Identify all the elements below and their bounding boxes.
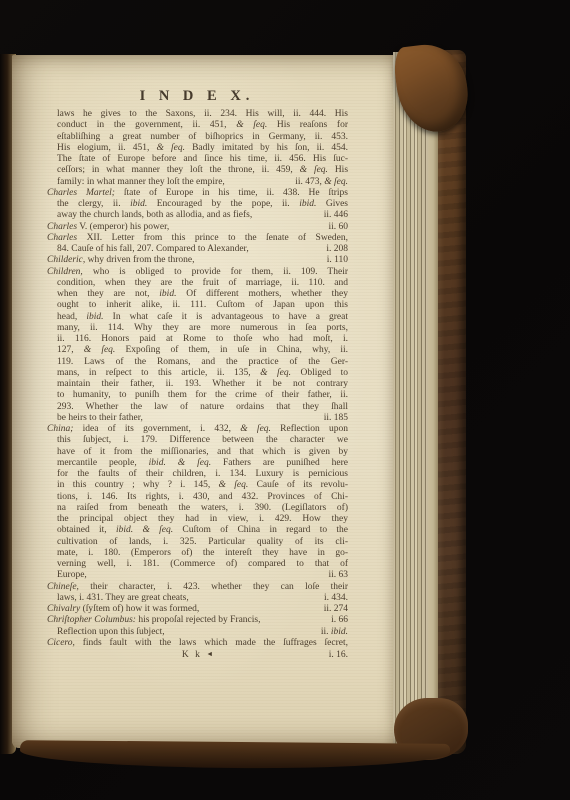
index-line-text: condition, when they are the fruit of ma… — [57, 278, 348, 288]
index-line: when they are not, ibid. Of different mo… — [47, 289, 348, 300]
index-line: ii. 116. Honors paid at Rome to thoſe wh… — [47, 334, 348, 345]
index-line-text: Europe, — [57, 570, 87, 581]
roman-text: ii. 446 — [324, 210, 348, 220]
roman-text: ii. 274 — [324, 604, 348, 614]
italic-text: & ſeq. — [300, 165, 328, 175]
roman-text: i. 208 — [326, 244, 348, 254]
index-line-text: Chriſtopher Columbus: his propoſal rejec… — [47, 615, 260, 626]
italic-text: ibid. — [331, 627, 348, 637]
roman-text: have of it from the miſſionaries, and th… — [57, 447, 348, 457]
printer-ornament-icon: ◄ — [206, 650, 213, 658]
book-cover-spine — [438, 50, 466, 754]
italic-text: Charles Martel; — [47, 188, 115, 198]
roman-text: The ſtate of Europe before and ſince his… — [57, 154, 348, 164]
page-edge — [428, 56, 438, 744]
index-line-text: many, ii. 114. Why they are more numerou… — [57, 323, 348, 333]
index-line-text: ii. 116. Honors paid at Rome to thoſe wh… — [57, 334, 348, 344]
index-line: Childeric, why driven from the throne,i.… — [47, 255, 348, 266]
roman-text: in this country ; why ? i. 145, — [57, 480, 219, 490]
roman-text: when they are not, — [57, 289, 159, 299]
roman-text: obtained it, — [57, 525, 116, 535]
index-line-text: Charles V. (emperor) his power, — [47, 222, 169, 233]
index-line: 84. Cauſe of his fall, 207. Compared to … — [47, 244, 348, 255]
roman-text: ought to inherit alike, ii. 111. Cuſtom … — [57, 300, 348, 310]
roman-text: this ſubject, i. 179. Difference between… — [57, 435, 348, 445]
index-line-text: ought to inherit alike, ii. 111. Cuſtom … — [57, 300, 348, 310]
index-line-text: ceſſors; in what manner they loſt the th… — [57, 165, 348, 175]
roman-text: Cuſtom of China in regard to the — [173, 525, 348, 535]
roman-text: V. (emperor) his power, — [77, 222, 169, 232]
index-line: for the faults of their children, i. 134… — [47, 469, 348, 480]
roman-text: mans, in reſpect to this article, ii. 13… — [57, 368, 260, 378]
index-line: ceſſors; in what manner they loſt the th… — [47, 165, 348, 176]
index-line-text: Chineſe, their character, i. 423. whethe… — [47, 582, 348, 592]
italic-text: ibid. & ſeq. — [116, 525, 173, 535]
book-page: I N D E X. laws he gives to the Saxons, … — [12, 55, 395, 748]
index-line-text: eſtabliſhing a great number of biſhopric… — [57, 132, 348, 142]
roman-text: the principal object they had in view, i… — [57, 514, 348, 524]
index-text-block: laws he gives to the Saxons, ii. 234. Hi… — [47, 109, 348, 661]
index-line-text: 293. Whether the law of nature ordains t… — [57, 402, 348, 412]
signature-line: K k ◄i. 16. — [47, 649, 348, 661]
index-line-text: have of it from the miſſionaries, and th… — [57, 447, 348, 457]
index-line-text: Cicero, finds fault with the laws which … — [47, 638, 348, 648]
page-reference: i. 208 — [318, 244, 348, 255]
roman-text: maintain their father, ii. 193. Whether … — [57, 379, 348, 389]
page-reference: i. 434. — [316, 593, 348, 604]
page-reference: ii. 446 — [316, 210, 348, 221]
roman-text: Obliged to — [291, 368, 348, 378]
roman-text: His reaſons for — [267, 120, 348, 130]
italic-text: Children, — [47, 267, 83, 277]
italic-text: & ſeq. — [84, 345, 116, 355]
index-line-text: na raiſed from beneath the waters, i. 39… — [57, 503, 348, 513]
index-line-text: Reflection upon this ſubject, — [57, 627, 165, 638]
italic-text: Charles — [47, 233, 77, 243]
roman-text: 293. Whether the law of nature ordains t… — [57, 402, 348, 412]
italic-text: & ſeq. — [156, 143, 185, 153]
roman-text: condition, when they are the fruit of ma… — [57, 278, 348, 288]
italic-text: Chriſtopher Columbus: — [47, 615, 136, 625]
index-line: Children, who is obliged to provide for … — [47, 267, 348, 278]
index-line-text: family: in what manner they loſt the emp… — [57, 177, 225, 188]
index-line: Charles Martel; ſtate of Europe in his t… — [47, 188, 348, 199]
index-line: the clergy, ii. ibid. Encouraged by the … — [47, 199, 348, 210]
index-line-text: mans, in reſpect to this article, ii. 13… — [57, 368, 348, 378]
index-line-text: Children, who is obliged to provide for … — [47, 267, 348, 277]
italic-text: ibid. — [86, 312, 103, 322]
index-line: Cicero, finds fault with the laws which … — [47, 638, 348, 649]
italic-text: Chineſe, — [47, 582, 79, 592]
index-line-text: head, ibid. In what caſe it is advantage… — [57, 312, 348, 322]
index-line-text: in this country ; why ? i. 145, & ſeq. C… — [57, 480, 348, 490]
roman-text: idea of its government, i. 432, — [73, 424, 240, 434]
page-reference: i. 66 — [323, 615, 348, 626]
index-line-text: laws, i. 431. They are great cheats, — [57, 593, 189, 604]
index-line-text: 119. Laws of the Romans, and the practic… — [57, 357, 348, 367]
index-line-text: China; idea of its government, i. 432, &… — [47, 424, 348, 434]
index-line-text: Charles Martel; ſtate of Europe in his t… — [47, 188, 348, 198]
roman-text: (ſyſtem of) how it was formed, — [80, 604, 199, 614]
roman-text: why driven from the throne, — [85, 255, 194, 265]
roman-text: eſtabliſhing a great number of biſhopric… — [57, 132, 348, 142]
roman-text: their character, i. 423. whether they ca… — [79, 582, 348, 592]
roman-text: family: in what manner they loſt the emp… — [57, 177, 225, 187]
roman-text: finds fault with the laws which made the… — [75, 638, 348, 648]
page-reference: ii. 185 — [316, 413, 348, 424]
roman-text: Encouraged by the pope, ii. — [147, 199, 299, 209]
index-line: mate, i. 180. (Emperors of) the intereſt… — [47, 548, 348, 559]
roman-text: to humanity, to puniſh them for the crim… — [57, 390, 348, 400]
roman-text: His elogium, ii. 451, — [57, 143, 156, 153]
roman-text: ii. 116. Honors paid at Rome to thoſe wh… — [57, 334, 348, 344]
index-line-text: this ſubject, i. 179. Difference between… — [57, 435, 348, 445]
index-line-text: to humanity, to puniſh them for the crim… — [57, 390, 348, 400]
roman-text: ii. 60 — [328, 222, 348, 232]
roman-text: conduct in the government, ii. 451, — [57, 120, 236, 130]
index-line: condition, when they are the fruit of ma… — [47, 278, 348, 289]
roman-text: 127, — [57, 345, 84, 355]
index-line-text: away the church lands, both as allodia, … — [57, 210, 252, 221]
page-reference: ii. 60 — [320, 222, 348, 233]
index-line: maintain their father, ii. 193. Whether … — [47, 379, 348, 390]
index-line-text: The ſtate of Europe before and ſince his… — [57, 154, 348, 164]
index-line: mans, in reſpect to this article, ii. 13… — [47, 368, 348, 379]
index-line: many, ii. 114. Why they are more numerou… — [47, 323, 348, 334]
roman-text: tions, i. 146. Its rights, i. 430, and 4… — [57, 492, 348, 502]
page-reference: ii. 63 — [320, 570, 348, 581]
page-reference: ii. 473, & ſeq. — [287, 177, 348, 188]
italic-text: ibid. — [130, 199, 147, 209]
index-line-text: verning well, i. 181. (Commerce of) comp… — [57, 559, 348, 569]
italic-text: Chivalry — [47, 604, 80, 614]
roman-text: ii. 185 — [324, 413, 348, 423]
roman-text: ſtate of Europe in his time, ii. 438. He… — [115, 188, 348, 198]
page-reference: ii. ibid. — [313, 627, 348, 638]
roman-text: Cauſe of its revolu- — [248, 480, 348, 490]
italic-text: ibid. & ſeq. — [149, 458, 211, 468]
index-line: be heirs to their father,ii. 185 — [47, 413, 348, 424]
roman-text: verning well, i. 181. (Commerce of) comp… — [57, 559, 348, 569]
index-line-text: the clergy, ii. ibid. Encouraged by the … — [57, 199, 348, 209]
index-line: Charles XII. Letter from this prince to … — [47, 233, 348, 244]
roman-text: Fathers are puniſhed here — [211, 458, 348, 468]
index-line: China; idea of its government, i. 432, &… — [47, 424, 348, 435]
index-line-text: when they are not, ibid. Of different mo… — [57, 289, 348, 299]
italic-text: China; — [47, 424, 73, 434]
roman-text: Reflection upon this ſubject, — [57, 627, 165, 637]
index-line: The ſtate of Europe before and ſince his… — [47, 154, 348, 165]
roman-text: Badly imitated by his ſon, ii. 454. — [185, 143, 348, 153]
roman-text: i. 434. — [324, 593, 348, 603]
index-line: 127, & ſeq. Expoſing of them, in uſe in … — [47, 345, 348, 356]
roman-text: 119. Laws of the Romans, and the practic… — [57, 357, 348, 367]
page-fore-edge-stack — [393, 52, 428, 746]
italic-text: Childeric, — [47, 255, 85, 265]
index-line-text: for the faults of their children, i. 134… — [57, 469, 348, 479]
index-line-text: be heirs to their father, — [57, 413, 143, 424]
page-reference: i. 110 — [319, 255, 348, 266]
italic-text: Charles — [47, 222, 77, 232]
index-line: tions, i. 146. Its rights, i. 430, and 4… — [47, 492, 348, 503]
roman-text: In what caſe it is advantageous to have … — [104, 312, 348, 322]
index-line: cultivation of lands, i. 325. Particular… — [47, 537, 348, 548]
roman-text: laws he gives to the Saxons, ii. 234. Hi… — [57, 109, 348, 119]
index-line: Charles V. (emperor) his power,ii. 60 — [47, 222, 348, 233]
roman-text: head, — [57, 312, 86, 322]
photo-background: I N D E X. laws he gives to the Saxons, … — [0, 0, 570, 800]
index-line: laws, i. 431. They are great cheats,i. 4… — [47, 593, 348, 604]
roman-text: cultivation of lands, i. 325. Particular… — [57, 537, 348, 547]
index-line-text: Childeric, why driven from the throne, — [47, 255, 195, 266]
index-line: ought to inherit alike, ii. 111. Cuſtom … — [47, 300, 348, 311]
italic-text: & ſeq. — [260, 368, 291, 378]
index-line: His elogium, ii. 451, & ſeq. Badly imita… — [47, 143, 348, 154]
roman-text: the clergy, ii. — [57, 199, 130, 209]
italic-text: ibid. — [159, 289, 176, 299]
index-line: eſtabliſhing a great number of biſhopric… — [47, 132, 348, 143]
italic-text: & ſeq. — [236, 120, 267, 130]
index-line: Europe,ii. 63 — [47, 570, 348, 581]
index-line: 293. Whether the law of nature ordains t… — [47, 402, 348, 413]
index-line: in this country ; why ? i. 145, & ſeq. C… — [47, 480, 348, 491]
italic-text: & ſeq. — [240, 424, 271, 434]
page-reference: i. 16. — [213, 650, 348, 661]
index-line: Chineſe, their character, i. 423. whethe… — [47, 582, 348, 593]
roman-text: many, ii. 114. Why they are more numerou… — [57, 323, 348, 333]
roman-text: ii. 63 — [328, 570, 348, 580]
index-line-text: cultivation of lands, i. 325. Particular… — [57, 537, 348, 547]
roman-text: His — [328, 165, 348, 175]
index-line: away the church lands, both as allodia, … — [47, 210, 348, 221]
index-line-text: conduct in the government, ii. 451, & ſe… — [57, 120, 348, 130]
book-cover-bottom-edge — [20, 740, 450, 770]
index-line: 119. Laws of the Romans, and the practic… — [47, 357, 348, 368]
roman-text: 84. Cauſe of his fall, 207. Compared to … — [57, 244, 249, 254]
roman-text: mercantile people, — [57, 458, 149, 468]
index-line-text: Charles XII. Letter from this prince to … — [47, 233, 348, 243]
roman-text: laws, i. 431. They are great cheats, — [57, 593, 189, 603]
roman-text: Gives — [316, 199, 348, 209]
index-line-text: mercantile people, ibid. & ſeq. Fathers … — [57, 458, 348, 468]
roman-text: ceſſors; in what manner they loſt the th… — [57, 165, 300, 175]
index-line-text: 127, & ſeq. Expoſing of them, in uſe in … — [57, 345, 348, 355]
roman-text: who is obliged to provide for them, ii. … — [83, 267, 348, 277]
roman-text: Expoſing of them, in uſe in China, why, … — [115, 345, 348, 355]
roman-text: i. 110 — [327, 255, 348, 265]
italic-text: & ſeq. — [219, 480, 249, 490]
index-line: Chivalry (ſyſtem of) how it was formed,i… — [47, 604, 348, 615]
index-line: to humanity, to puniſh them for the crim… — [47, 390, 348, 401]
roman-text: i. 66 — [331, 615, 348, 625]
index-line-text: obtained it, ibid. & ſeq. Cuſtom of Chin… — [57, 525, 348, 535]
index-line: mercantile people, ibid. & ſeq. Fathers … — [47, 458, 348, 469]
index-line: na raiſed from beneath the waters, i. 39… — [47, 503, 348, 514]
italic-text: ibid. — [299, 199, 316, 209]
index-line: obtained it, ibid. & ſeq. Cuſtom of Chin… — [47, 525, 348, 536]
roman-text: ii. 473, — [295, 177, 324, 187]
index-line: family: in what manner they loſt the emp… — [47, 177, 348, 188]
roman-text: Reflection upon — [271, 424, 348, 434]
index-line: Chriſtopher Columbus: his propoſal rejec… — [47, 615, 348, 626]
page-reference: ii. 274 — [316, 604, 348, 615]
roman-text: Europe, — [57, 570, 87, 580]
index-line-text: mate, i. 180. (Emperors of) the intereſt… — [57, 548, 348, 558]
index-line: laws he gives to the Saxons, ii. 234. Hi… — [47, 109, 348, 120]
index-line-text: maintain their father, ii. 193. Whether … — [57, 379, 348, 389]
index-line: have of it from the miſſionaries, and th… — [47, 447, 348, 458]
roman-text: be heirs to their father, — [57, 413, 143, 423]
roman-text: for the faults of their children, i. 134… — [57, 469, 348, 479]
index-line: the principal object they had in view, i… — [47, 514, 348, 525]
index-line-text: tions, i. 146. Its rights, i. 430, and 4… — [57, 492, 348, 502]
roman-text: Of different mothers, whether they — [176, 289, 348, 299]
signature-mark: K k ◄ — [182, 649, 213, 661]
index-line-text: laws he gives to the Saxons, ii. 234. Hi… — [57, 109, 348, 119]
roman-text: his propoſal rejected by Francis, — [136, 615, 261, 625]
index-line: head, ibid. In what caſe it is advantage… — [47, 312, 348, 323]
roman-text: XII. Letter from this prince to the ſena… — [77, 233, 348, 243]
roman-text: away the church lands, both as allodia, … — [57, 210, 252, 220]
index-line-text: the principal object they had in view, i… — [57, 514, 348, 524]
index-line: verning well, i. 181. (Commerce of) comp… — [47, 559, 348, 570]
index-line: conduct in the government, ii. 451, & ſe… — [47, 120, 348, 131]
roman-text: na raiſed from beneath the waters, i. 39… — [57, 503, 348, 513]
index-line-text: His elogium, ii. 451, & ſeq. Badly imita… — [57, 143, 348, 153]
roman-text: mate, i. 180. (Emperors of) the intereſt… — [57, 548, 348, 558]
italic-text: & ſeq. — [324, 177, 348, 187]
index-line-text: Chivalry (ſyſtem of) how it was formed, — [47, 604, 199, 615]
index-line: this ſubject, i. 179. Difference between… — [47, 435, 348, 446]
italic-text: Cicero, — [47, 638, 75, 648]
index-line: Reflection upon this ſubject,ii. ibid. — [47, 627, 348, 638]
index-line-text: 84. Cauſe of his fall, 207. Compared to … — [57, 244, 249, 255]
roman-text: ii. — [321, 627, 331, 637]
index-title: I N D E X. — [47, 88, 347, 105]
